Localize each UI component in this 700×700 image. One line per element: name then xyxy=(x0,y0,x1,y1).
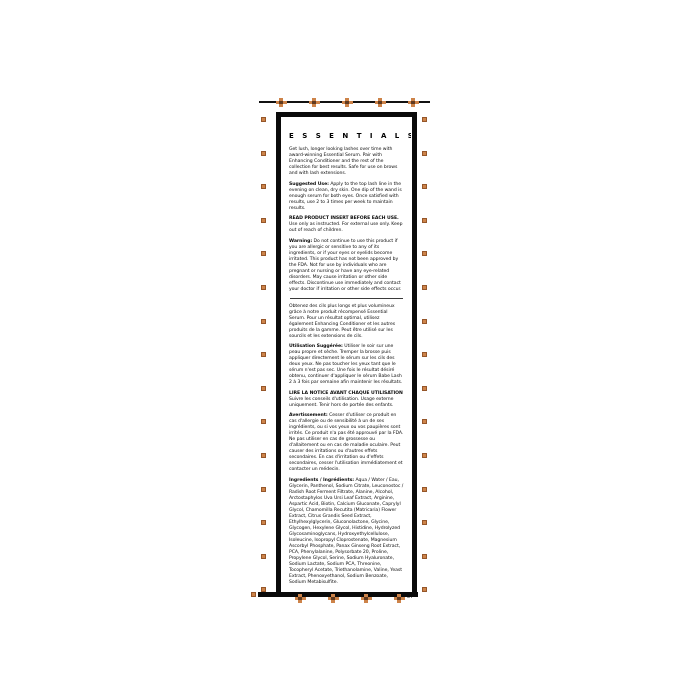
suggested-use-label-fr: Utilisation Suggérée: xyxy=(289,344,343,349)
warning-en: Warning: Do not continue to use this pro… xyxy=(289,239,404,293)
color-square-mark xyxy=(261,218,266,223)
suggested-use-en: Suggested Use: Apply to the top lash lin… xyxy=(289,182,404,212)
product-title: E S S E N T I A L S E R U M xyxy=(289,132,404,140)
color-square-mark xyxy=(261,117,266,122)
color-square-mark xyxy=(422,352,427,357)
color-square-mark xyxy=(261,319,266,324)
cross-registration-mark xyxy=(328,594,339,603)
intro-paragraph-fr: Obtenez des cils plus longs et plus volu… xyxy=(289,304,404,340)
cross-registration-mark xyxy=(309,98,320,107)
color-square-mark xyxy=(251,592,256,597)
color-square-mark xyxy=(261,419,266,424)
cross-registration-mark xyxy=(408,98,419,107)
color-square-mark xyxy=(422,184,427,189)
cross-registration-mark xyxy=(375,98,386,107)
color-square-mark xyxy=(422,520,427,525)
color-square-mark xyxy=(422,285,427,290)
warning-fr: Avertissement: Cesser d'utiliser ce prod… xyxy=(289,413,404,473)
color-square-mark xyxy=(261,285,266,290)
color-square-mark xyxy=(261,352,266,357)
color-square-mark xyxy=(422,151,427,156)
color-square-mark xyxy=(261,386,266,391)
color-square-mark xyxy=(261,520,266,525)
color-square-mark xyxy=(261,554,266,559)
cross-registration-mark xyxy=(394,594,405,603)
cross-registration-mark xyxy=(276,98,287,107)
color-square-mark xyxy=(422,319,427,324)
color-square-mark xyxy=(422,554,427,559)
color-square-mark xyxy=(422,453,427,458)
color-square-mark xyxy=(261,251,266,256)
color-square-mark xyxy=(261,587,266,592)
color-square-mark xyxy=(422,386,427,391)
suggested-use-fr: Utilisation Suggérée: Utiliser le soir s… xyxy=(289,344,404,386)
color-square-mark xyxy=(261,487,266,492)
warning-label-fr: Avertissement: xyxy=(289,413,328,418)
color-square-mark xyxy=(261,453,266,458)
color-square-mark xyxy=(261,184,266,189)
suggested-use-label-en: Suggested Use: xyxy=(289,182,329,187)
read-notice-fr: LIRE LA NOTICE AVANT CHAQUE UTILISATIONS… xyxy=(289,391,404,409)
cross-registration-mark xyxy=(295,594,306,603)
color-square-mark xyxy=(422,251,427,256)
ingredients-label: Ingredients / Ingrédients: xyxy=(289,478,354,483)
label-content: E S S E N T I A L S E R U M Get lush, lo… xyxy=(282,118,411,591)
color-square-mark xyxy=(422,218,427,223)
read-insert-en: READ PRODUCT INSERT BEFORE EACH USE.Use … xyxy=(289,216,404,234)
ingredients-list: Ingredients / Ingrédients: Aqua / Water … xyxy=(289,478,404,586)
color-square-mark xyxy=(422,419,427,424)
language-divider xyxy=(290,298,403,299)
intro-paragraph-en: Get lush, longer looking lashes over tim… xyxy=(289,147,404,177)
cross-registration-mark xyxy=(342,98,353,107)
color-square-mark xyxy=(422,487,427,492)
warning-label-en: Warning: xyxy=(289,239,312,244)
color-square-mark xyxy=(422,587,427,592)
product-label: E S S E N T I A L S E R U M Get lush, lo… xyxy=(276,112,417,597)
color-square-mark xyxy=(422,117,427,122)
color-square-mark xyxy=(261,151,266,156)
cross-registration-mark xyxy=(361,594,372,603)
